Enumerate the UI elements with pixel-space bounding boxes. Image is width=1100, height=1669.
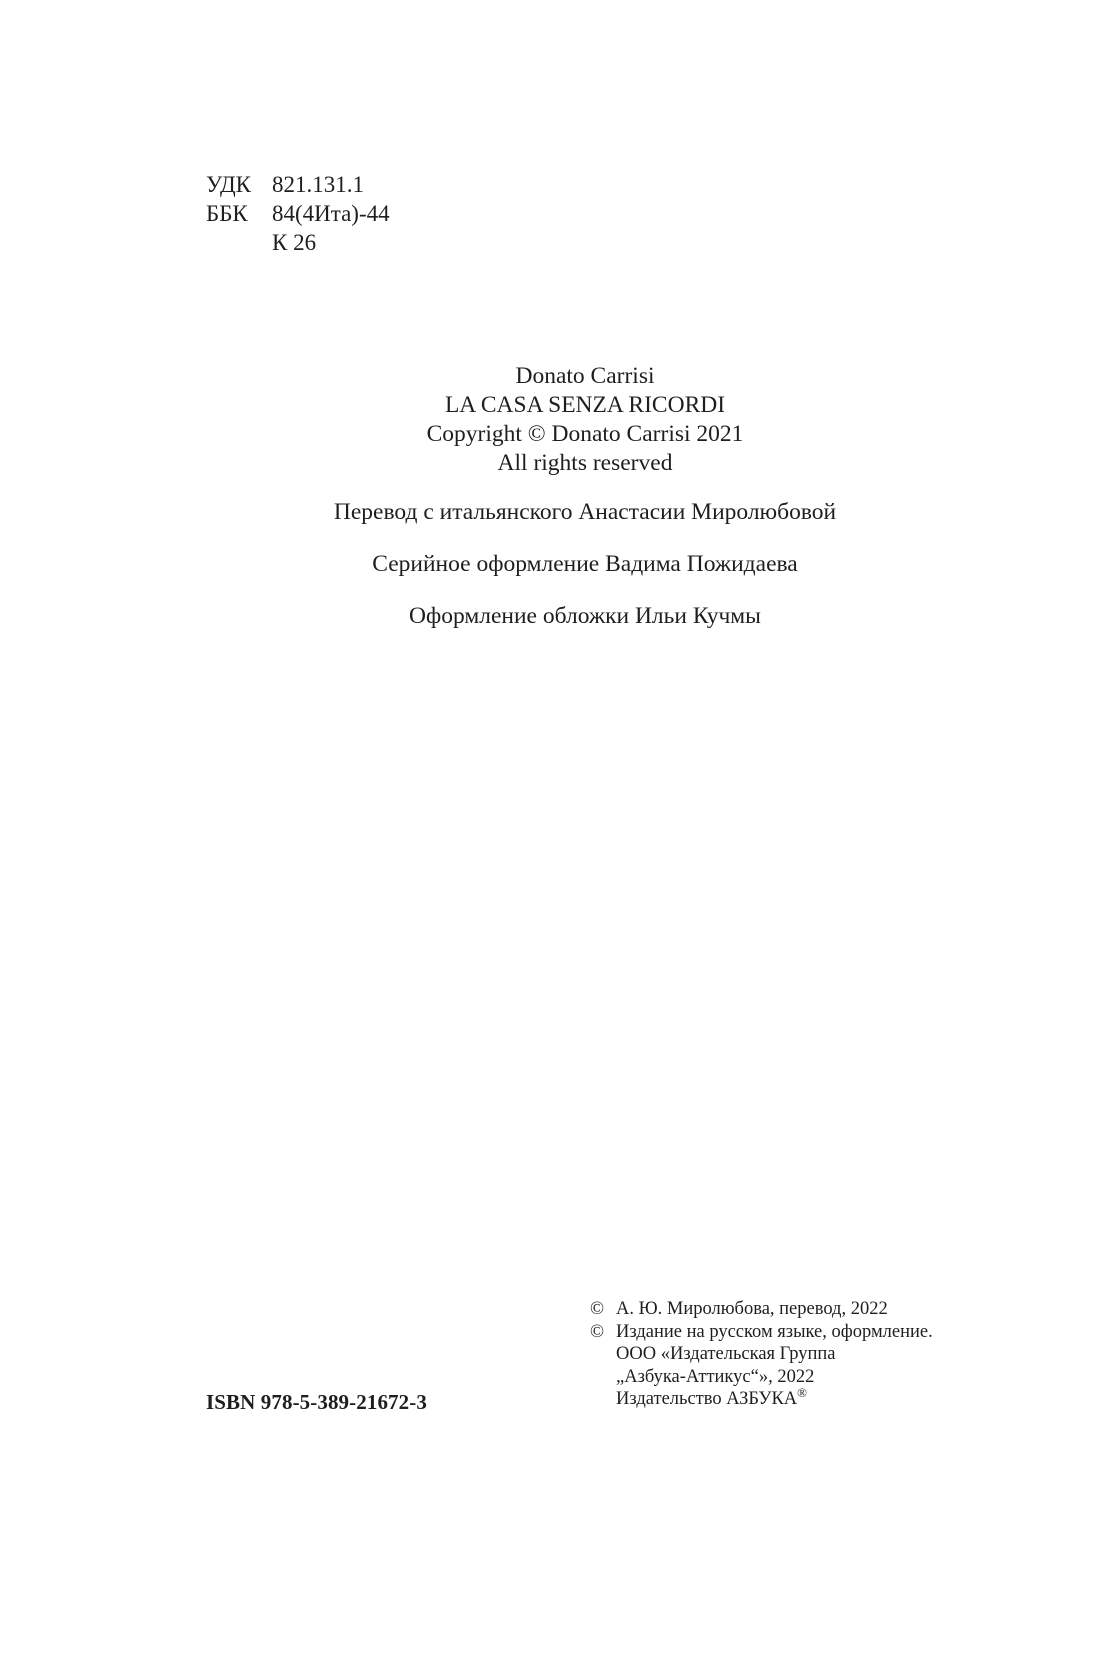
- publisher-line-1: ООО «Издательская Группа: [590, 1343, 933, 1366]
- copyright-symbol: ©: [590, 1321, 616, 1344]
- translation-notice-line: © А. Ю. Миролюбова, перевод, 2022: [590, 1298, 933, 1321]
- author-mark: К 26: [272, 228, 316, 257]
- isbn: ISBN 978-5-389-21672-3: [206, 1390, 427, 1415]
- classification-block: УДК 821.131.1 ББК 84(4Ита)-44 К 26: [206, 170, 390, 257]
- publisher-line-2: „Азбука-Аттикус“», 2022: [590, 1366, 933, 1389]
- bbk-value: 84(4Ита)-44: [272, 199, 390, 228]
- edition-notice: Издание на русском языке, оформление.: [616, 1321, 933, 1344]
- udk-value: 821.131.1: [272, 170, 364, 199]
- translation-credit: Перевод с итальянского Анастасии Миролюб…: [0, 498, 1100, 527]
- publisher-name-2: „Азбука-Аттикус“», 2022: [616, 1366, 814, 1389]
- udk-label: УДК: [206, 170, 272, 199]
- original-title: LA CASA SENZA RICORDI: [0, 391, 1100, 420]
- udk-row: УДК 821.131.1: [206, 170, 390, 199]
- copyright-notices: © А. Ю. Миролюбова, перевод, 2022 © Изда…: [590, 1298, 933, 1411]
- edition-notice-line: © Издание на русском языке, оформление.: [590, 1321, 933, 1344]
- copyright-symbol: ©: [590, 1298, 616, 1321]
- translation-notice: А. Ю. Миролюбова, перевод, 2022: [616, 1298, 888, 1321]
- imprint-line: Издательство АЗБУКА®: [590, 1388, 933, 1411]
- bbk-row: ББК 84(4Ита)-44: [206, 199, 390, 228]
- series-design-credit: Серийное оформление Вадима Пожидаева: [0, 550, 1100, 579]
- registered-trademark-icon: ®: [797, 1385, 807, 1400]
- author-mark-row: К 26: [206, 228, 390, 257]
- credits-block: Перевод с итальянского Анастасии Миролюб…: [0, 498, 1100, 654]
- original-copyright: Copyright © Donato Carrisi 2021: [0, 420, 1100, 449]
- bbk-label: ББК: [206, 199, 272, 228]
- publisher-name-1: ООО «Издательская Группа: [616, 1343, 835, 1366]
- rights-statement: All rights reserved: [0, 449, 1100, 478]
- imprint-name: Издательство АЗБУКА®: [616, 1388, 807, 1411]
- original-author: Donato Carrisi: [0, 362, 1100, 391]
- copyright-page: УДК 821.131.1 ББК 84(4Ита)-44 К 26 Donat…: [0, 0, 1100, 1669]
- original-edition-block: Donato Carrisi LA CASA SENZA RICORDI Cop…: [0, 362, 1100, 478]
- cover-design-credit: Оформление обложки Ильи Кучмы: [0, 602, 1100, 631]
